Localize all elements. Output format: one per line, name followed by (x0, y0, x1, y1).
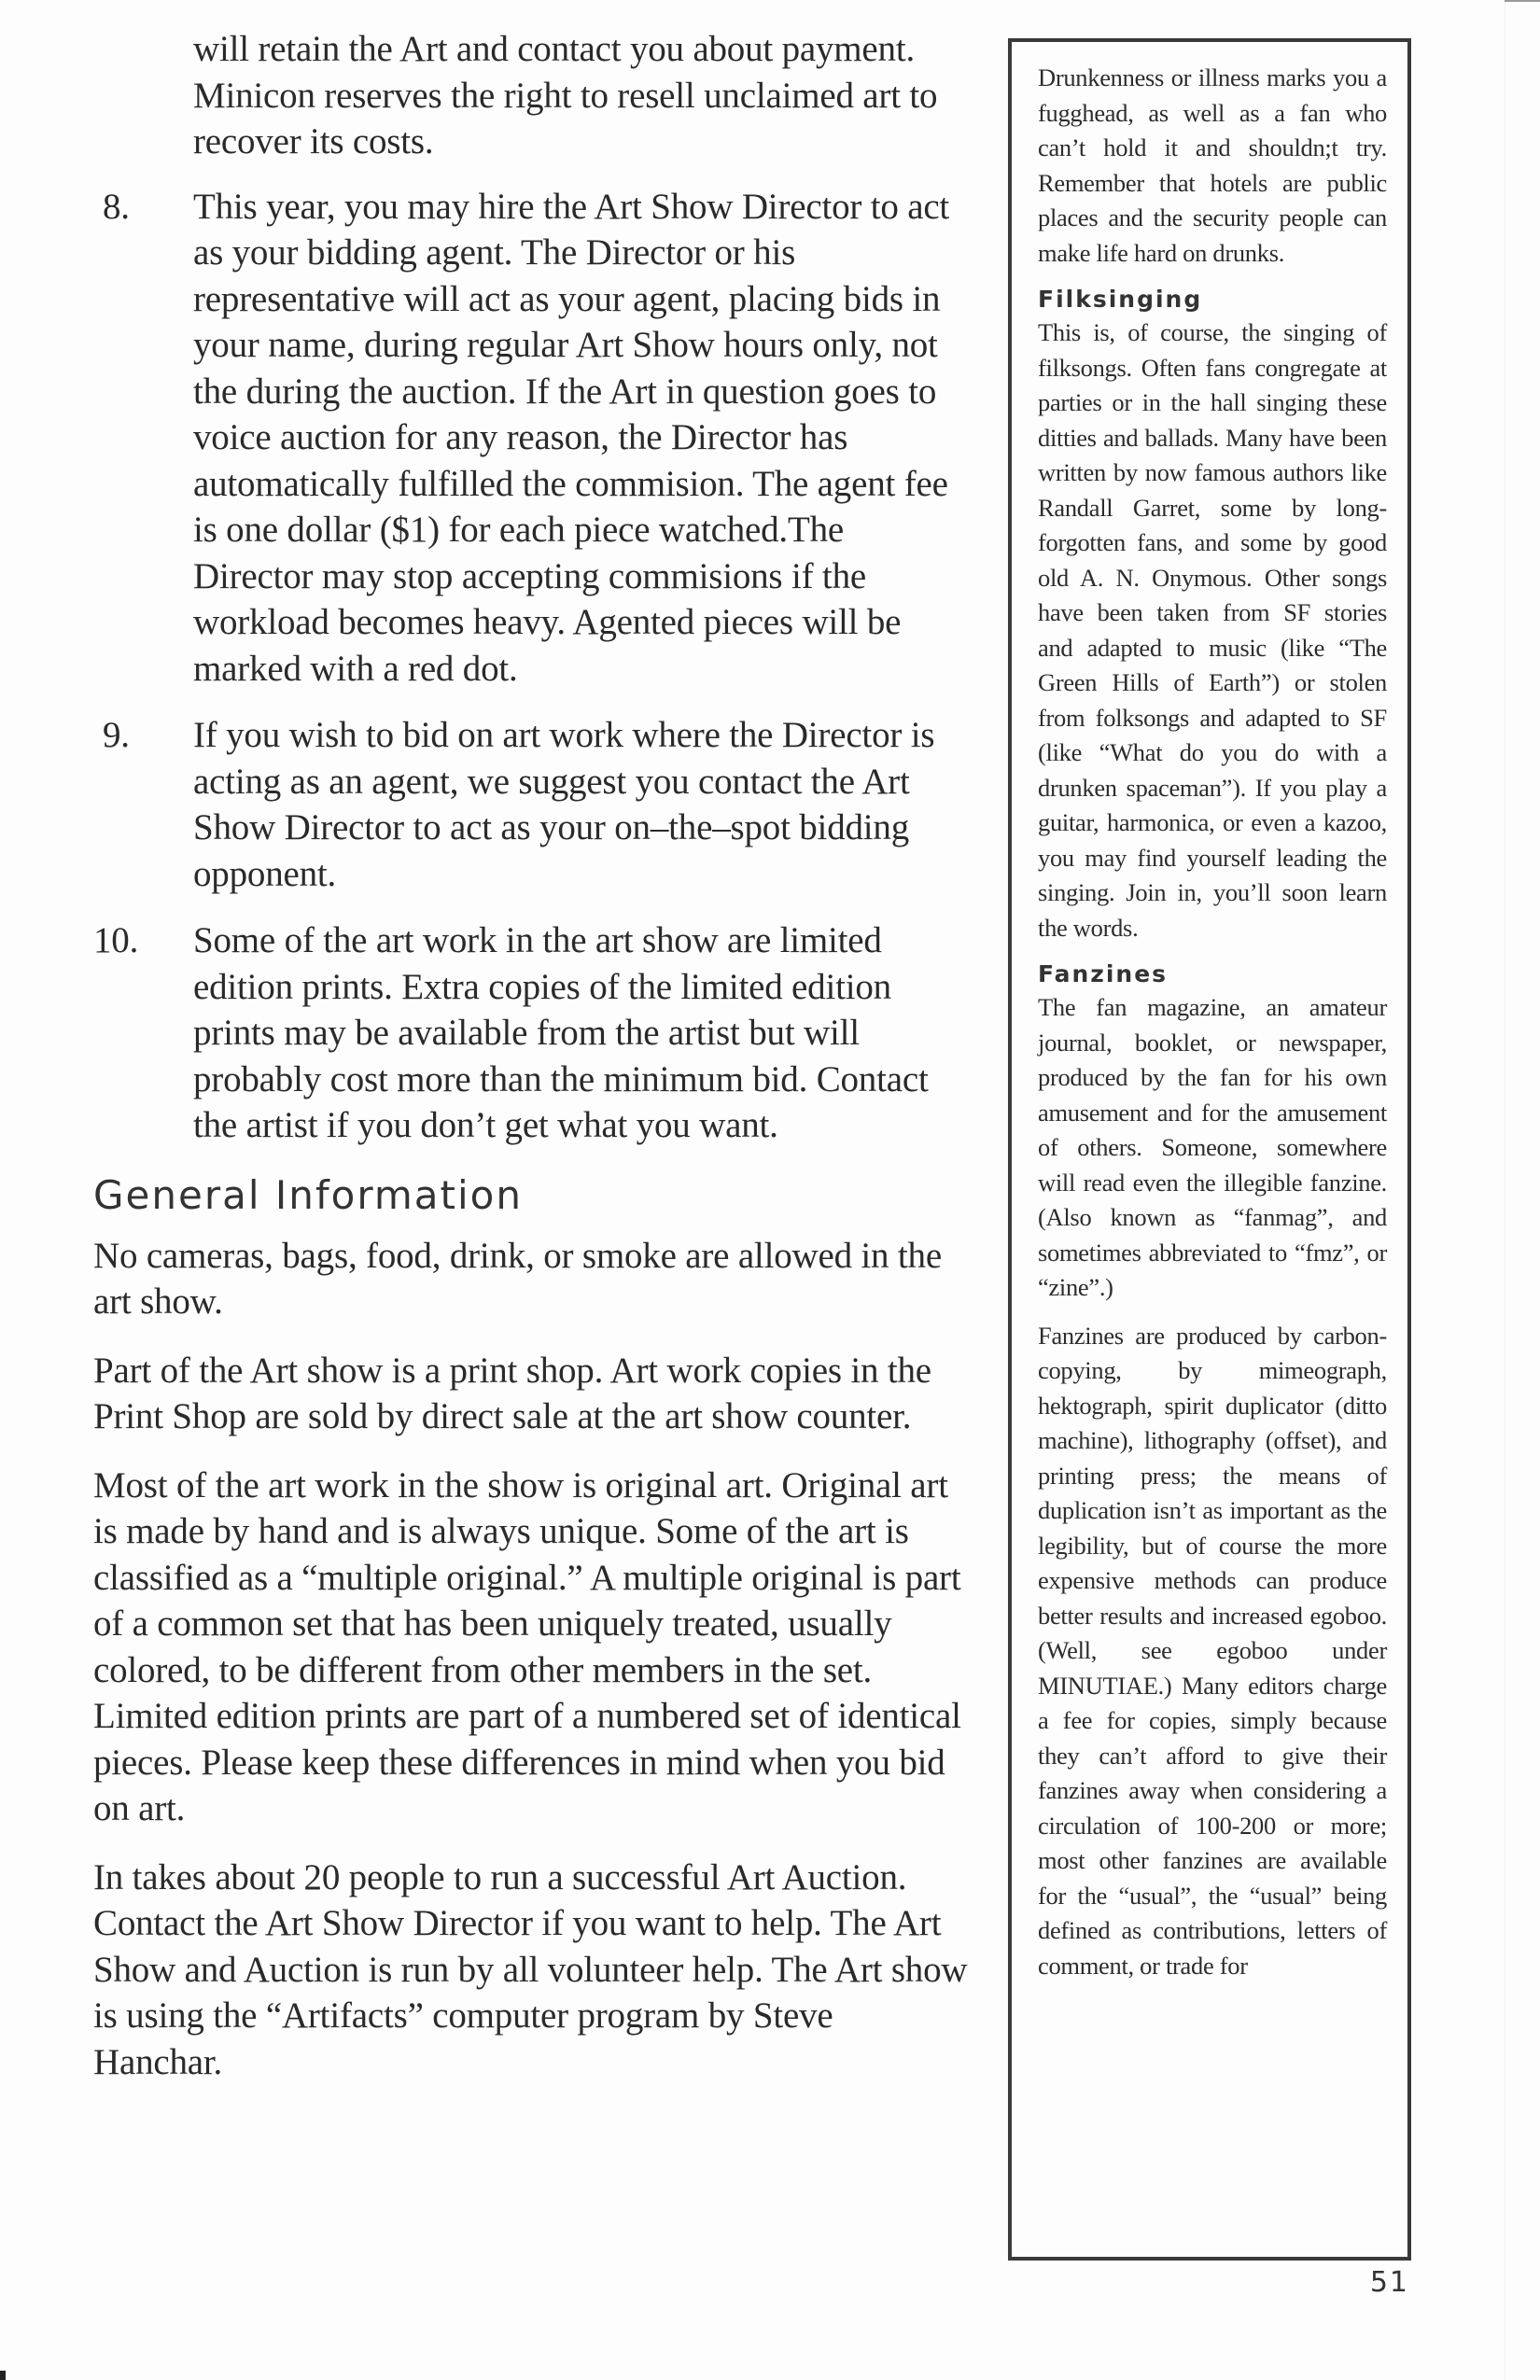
main-column: will retain the Art and contact you abou… (93, 26, 971, 2107)
scan-corner-mark (0, 2371, 6, 2380)
list-text: If you wish to bid on art work where the… (193, 712, 971, 897)
sidebar-heading-filksinging: Filksinging (1038, 284, 1387, 315)
sidebar-heading-fanzines: Fanzines (1038, 959, 1387, 990)
list-item: 8. This year, you may hire the Art Show … (93, 184, 971, 693)
paragraph: In takes about 20 people to run a succes… (93, 1855, 971, 2086)
sidebar-paragraph: Fanzines are produced by carbon-copying,… (1038, 1319, 1387, 1984)
sidebar-intro-paragraph: Drunkenness or illness marks you a fuggh… (1038, 61, 1387, 271)
paragraph: No cameras, bags, food, drink, or smoke … (93, 1233, 971, 1325)
list-item: 9. If you wish to bid on art work where … (93, 712, 971, 897)
list-text: This year, you may hire the Art Show Dir… (193, 184, 971, 693)
paragraph: Part of the Art show is a print shop. Ar… (93, 1348, 971, 1440)
sidebar-paragraph: The fan magazine, an amateur journal, bo… (1038, 990, 1387, 1306)
list-number: 10. (93, 917, 193, 1149)
list-number: 9. (93, 712, 193, 897)
page-number: 51 (1344, 2266, 1409, 2299)
list-number: 8. (93, 184, 193, 693)
section-heading-general-information: General Information (93, 1169, 971, 1222)
continued-paragraph: will retain the Art and contact you abou… (193, 26, 971, 165)
rules-list: 8. This year, you may hire the Art Show … (93, 184, 971, 1149)
sidebar-glossary-box: Drunkenness or illness marks you a fuggh… (1008, 38, 1411, 2261)
list-item: 10. Some of the art work in the art show… (93, 917, 971, 1149)
page-edge (1505, 0, 1505, 2380)
paragraph: Most of the art work in the show is orig… (93, 1463, 971, 1832)
page-edge-mark (1505, 0, 1540, 2)
sidebar-paragraph: This is, of course, the singing of filks… (1038, 315, 1387, 945)
list-text: Some of the art work in the art show are… (193, 917, 971, 1149)
